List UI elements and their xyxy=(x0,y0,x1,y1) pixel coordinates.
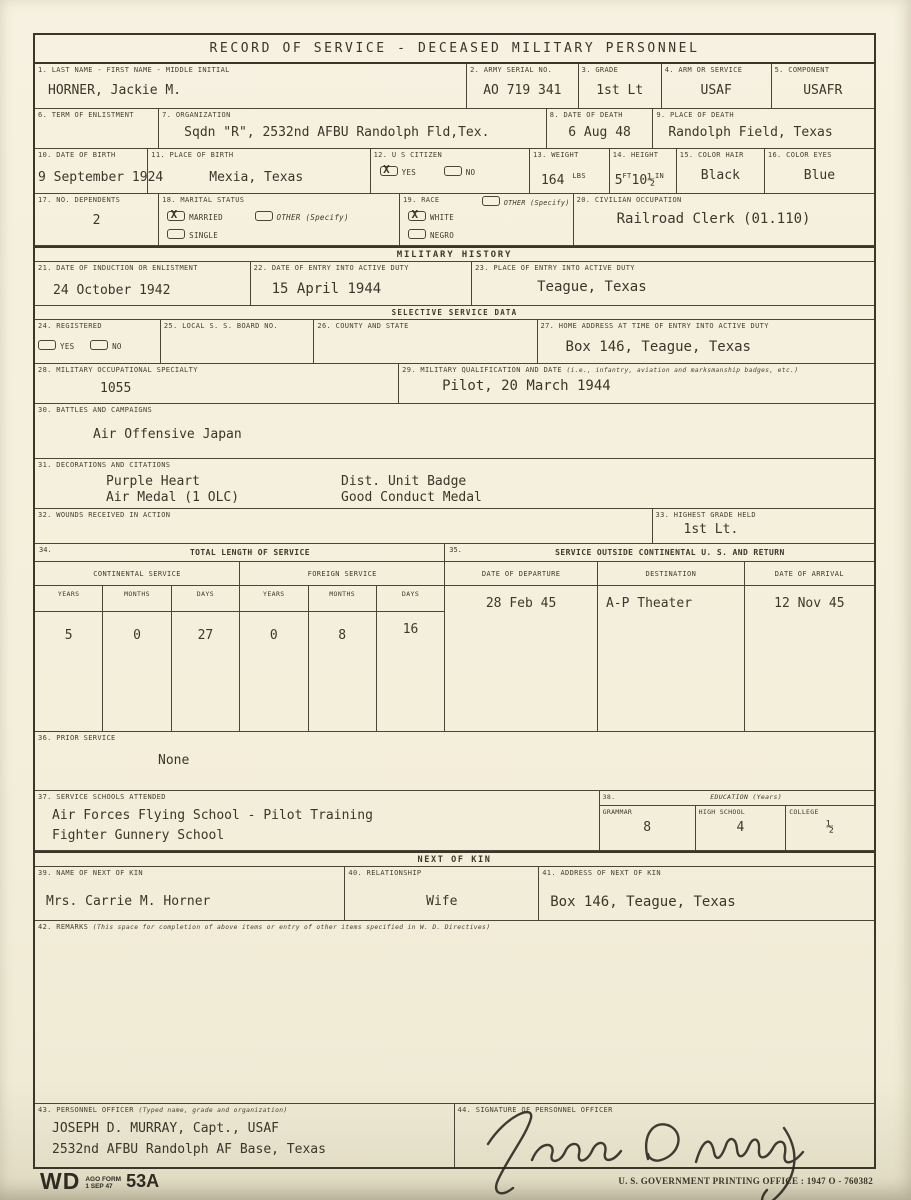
checkbox-label: YES xyxy=(402,168,416,177)
field-label: 12. U S CITIZEN xyxy=(374,151,526,160)
form-number: 53A xyxy=(126,1171,159,1192)
col-days: DAYS xyxy=(377,586,445,612)
field-label: 21. DATE OF INDUCTION OR ENLISTMENT xyxy=(38,264,247,273)
field-label: 1. LAST NAME - FIRST NAME - MIDDLE INITI… xyxy=(38,66,463,75)
arrival-header: DATE OF ARRIVAL xyxy=(745,562,874,586)
grammar-value: 8 xyxy=(600,818,696,850)
high-school-value: 4 xyxy=(696,818,787,850)
field-value: Railroad Clerk (01.110) xyxy=(577,205,871,227)
field-value: Teague, Texas xyxy=(475,273,871,295)
field-value: Air Offensive Japan xyxy=(38,415,871,443)
field-date-of-death: 8. DATE OF DEATH 6 Aug 48 xyxy=(547,109,654,148)
row-induction: 21. DATE OF INDUCTION OR ENLISTMENT 24 O… xyxy=(35,262,874,306)
destination-header: DESTINATION xyxy=(598,562,745,586)
foreign-years: 0 xyxy=(240,612,308,732)
checkbox-label: SINGLE xyxy=(189,231,218,240)
field-race: 19. RACE OTHER (Specify) WHITE NEGRO xyxy=(400,194,574,245)
checkbox-white-checked-icon xyxy=(408,211,426,221)
field-grade: 3. GRADE 1st Lt xyxy=(579,64,662,108)
departure-value: 28 Feb 45 xyxy=(445,586,598,732)
field-value: 9 September 1924 xyxy=(38,160,144,186)
checkbox-no-icon xyxy=(444,166,462,176)
field-label: 42. REMARKS xyxy=(38,923,88,931)
field-label: 7. ORGANIZATION xyxy=(162,111,543,120)
table-35-header: 35. SERVICE OUTSIDE CONTINENTAL U. S. AN… xyxy=(445,544,874,562)
checkbox-other-icon xyxy=(255,211,273,221)
field-decorations: 31. DECORATIONS AND CITATIONS Purple Hea… xyxy=(35,459,874,508)
field-color-hair: 15. COLOR HAIR Black xyxy=(677,149,765,193)
field-value: 2 xyxy=(38,205,155,229)
field-label: 26. COUNTY AND STATE xyxy=(317,322,533,331)
table-title: TOTAL LENGTH OF SERVICE xyxy=(56,548,445,557)
continental-years: 5 xyxy=(35,612,103,732)
table-title: SERVICE OUTSIDE CONTINENTAL U. S. AND RE… xyxy=(466,548,874,557)
row-personnel-officer: 43. PERSONNEL OFFICER (Typed name, grade… xyxy=(35,1104,874,1167)
field-marital-status: 18. MARITAL STATUS MARRIED OTHER (Specif… xyxy=(159,194,400,245)
row-wounds-grade: 32. WOUNDS RECEIVED IN ACTION 33. HIGHES… xyxy=(35,509,874,544)
field-label: 32. WOUNDS RECEIVED IN ACTION xyxy=(38,511,649,520)
field-value: HORNER, Jackie M. xyxy=(38,75,463,99)
field-value: Blue xyxy=(768,160,871,184)
field-remarks: 42. REMARKS (This space for completion o… xyxy=(35,921,874,1103)
field-value: 15 April 1944 xyxy=(254,273,468,297)
ago-form-label: AGO FORM xyxy=(85,1176,121,1183)
checkbox-race-other-icon xyxy=(482,196,500,206)
checkbox-label: NO xyxy=(112,342,122,351)
field-value: USAFR xyxy=(775,75,871,99)
field-label-note: (This space for completion of above item… xyxy=(93,924,491,931)
weight-value: 164 xyxy=(541,173,564,188)
height-inches: 10½ xyxy=(632,173,655,188)
field-label: 5. COMPONENT xyxy=(775,66,871,75)
field-label: 28. MILITARY OCCUPATIONAL SPECIALTY xyxy=(38,366,395,375)
field-label: 39. NAME OF NEXT OF KIN xyxy=(38,869,341,878)
field-color-eyes: 16. COLOR EYES Blue xyxy=(765,149,874,193)
section-selective-service: SELECTIVE SERVICE DATA xyxy=(35,306,874,320)
field-label: 2. ARMY SERIAL NO. xyxy=(470,66,575,75)
col-years: YEARS xyxy=(35,586,103,612)
education-title: EDUCATION (Years) xyxy=(618,791,874,805)
row-service-table: 34. TOTAL LENGTH OF SERVICE 35. SERVICE … xyxy=(35,544,874,732)
field-value: Mrs. Carrie M. Horner xyxy=(38,878,341,910)
continental-months: 0 xyxy=(103,612,171,732)
field-label: 4. ARM OR SERVICE xyxy=(665,66,768,75)
continental-service-header: CONTINENTAL SERVICE xyxy=(35,562,240,586)
field-battles: 30. BATTLES AND CAMPAIGNS Air Offensive … xyxy=(35,404,874,458)
field-label: 14. HEIGHT xyxy=(613,151,673,160)
field-label: 33. HIGHEST GRADE HELD xyxy=(656,511,871,520)
checkbox-label: OTHER (Specify) xyxy=(277,213,349,222)
field-label: 43. PERSONNEL OFFICER xyxy=(38,1106,134,1114)
college-value: ½ xyxy=(786,818,874,850)
field-kin-relationship: 40. RELATIONSHIP Wife xyxy=(345,867,539,920)
field-weight: 13. WEIGHT 164 LBS xyxy=(530,149,610,193)
checkbox-married-checked-icon xyxy=(167,211,185,221)
checkbox-negro-icon xyxy=(408,229,426,239)
field-mos: 28. MILITARY OCCUPATIONAL SPECIALTY 1055 xyxy=(35,364,399,403)
foreign-months: 8 xyxy=(309,612,377,732)
field-number: 38. xyxy=(600,791,619,805)
col-days: DAYS xyxy=(172,586,240,612)
decorations-column-2: Dist. Unit Badge Good Conduct Medal xyxy=(306,470,482,506)
field-qualification: 29. MILITARY QUALIFICATION AND DATE (i.e… xyxy=(399,364,874,403)
checkbox-label: YES xyxy=(60,342,74,351)
col-months: MONTHS xyxy=(309,586,377,612)
weight-unit: LBS xyxy=(572,172,586,180)
field-value: 1055 xyxy=(38,375,395,397)
field-label: 22. DATE OF ENTRY INTO ACTIVE DUTY xyxy=(254,264,468,273)
field-label: 3. GRADE xyxy=(582,66,658,75)
field-value: 6 Aug 48 xyxy=(550,120,650,141)
row-remarks: 42. REMARKS (This space for completion o… xyxy=(35,921,874,1104)
field-label: 31. DECORATIONS AND CITATIONS xyxy=(38,461,871,470)
field-label: 16. COLOR EYES xyxy=(768,151,871,160)
field-label: 40. RELATIONSHIP xyxy=(348,869,535,878)
departure-header: DATE OF DEPARTURE xyxy=(445,562,598,586)
field-component: 5. COMPONENT USAFR xyxy=(772,64,874,108)
service-table: 34. TOTAL LENGTH OF SERVICE 35. SERVICE … xyxy=(35,544,874,731)
decorations-column-1: Purple Heart Air Medal (1 OLC) xyxy=(38,470,306,506)
field-induction-date: 21. DATE OF INDUCTION OR ENLISTMENT 24 O… xyxy=(35,262,251,305)
field-highest-grade: 33. HIGHEST GRADE HELD 1st Lt. xyxy=(653,509,874,543)
field-education: 38.EDUCATION (Years) GRAMMAR HIGH SCHOOL… xyxy=(600,791,874,850)
height-feet: 5 xyxy=(615,173,623,188)
field-kin-address: 41. ADDRESS OF NEXT OF KIN Box 146, Teag… xyxy=(539,867,874,920)
college-label: COLLEGE xyxy=(786,805,874,818)
field-label: 17. NO. DEPENDENTS xyxy=(38,196,155,205)
high-school-label: HIGH SCHOOL xyxy=(696,805,787,818)
grammar-label: GRAMMAR xyxy=(600,805,696,818)
section-next-of-kin: NEXT OF KIN xyxy=(35,851,874,867)
field-county-state: 26. COUNTY AND STATE xyxy=(314,320,537,363)
field-label-note: (i.e., infantry, aviation and marksmansh… xyxy=(566,367,798,374)
field-label-note: (Typed name, grade and organization) xyxy=(138,1107,287,1114)
field-height: 14. HEIGHT 5FT10½IN xyxy=(610,149,677,193)
row-organization: 6. TERM OF ENLISTMENT 7. ORGANIZATION Sq… xyxy=(35,109,874,149)
ago-form-date: 1 SEP 47 xyxy=(85,1183,112,1190)
row-decorations: 31. DECORATIONS AND CITATIONS Purple Hea… xyxy=(35,459,874,509)
field-label: 19. RACE xyxy=(403,196,440,205)
field-arm-or-service: 4. ARM OR SERVICE USAF xyxy=(662,64,772,108)
checkbox-label: OTHER (Specify) xyxy=(504,199,570,207)
field-value: Black xyxy=(680,160,761,184)
checkbox-yes-checked-icon xyxy=(380,166,398,176)
field-registered: 24. REGISTERED YES NO xyxy=(35,320,161,363)
field-value: Box 146, Teague, Texas xyxy=(541,331,871,355)
field-value: USAF xyxy=(665,75,768,99)
col-years: YEARS xyxy=(240,586,308,612)
field-label: 44. SIGNATURE OF PERSONNEL OFFICER xyxy=(458,1106,872,1115)
field-number: 35. xyxy=(445,546,466,554)
foreign-days: 16 xyxy=(377,612,445,732)
section-military-history: MILITARY HISTORY xyxy=(35,246,874,262)
field-service-schools: 37. SERVICE SCHOOLS ATTENDED Air Forces … xyxy=(35,791,600,850)
field-label: 20. CIVILIAN OCCUPATION xyxy=(577,196,871,205)
field-label: 36. PRIOR SERVICE xyxy=(38,734,871,743)
field-place-of-birth: 11. PLACE OF BIRTH Mexia, Texas xyxy=(148,149,370,193)
field-term-of-enlistment: 6. TERM OF ENLISTMENT xyxy=(35,109,159,148)
field-value: Wife xyxy=(348,878,535,910)
field-wounds: 32. WOUNDS RECEIVED IN ACTION xyxy=(35,509,653,543)
row-prior-service: 36. PRIOR SERVICE None xyxy=(35,732,874,791)
checkbox-label: NEGRO xyxy=(430,231,454,240)
field-value: Box 146, Teague, Texas xyxy=(542,878,871,910)
row-selective-service: 24. REGISTERED YES NO 25. LOCAL S. S. BO… xyxy=(35,320,874,364)
form-title: RECORD OF SERVICE - DECEASED MILITARY PE… xyxy=(35,35,874,64)
field-last-name: 1. LAST NAME - FIRST NAME - MIDDLE INITI… xyxy=(35,64,467,108)
field-us-citizen: 12. U S CITIZEN YES NO xyxy=(371,149,530,193)
row-identity: 1. LAST NAME - FIRST NAME - MIDDLE INITI… xyxy=(35,64,874,109)
continental-days: 27 xyxy=(172,612,240,732)
field-value: AO 719 341 xyxy=(470,75,575,99)
field-label: 29. MILITARY QUALIFICATION AND DATE xyxy=(402,366,562,374)
checkbox-label: WHITE xyxy=(430,213,454,222)
field-serial-no: 2. ARMY SERIAL NO. AO 719 341 xyxy=(467,64,579,108)
field-active-duty-date: 22. DATE OF ENTRY INTO ACTIVE DUTY 15 Ap… xyxy=(251,262,472,305)
field-label: 23. PLACE OF ENTRY INTO ACTIVE DUTY xyxy=(475,264,871,273)
field-personnel-officer: 43. PERSONNEL OFFICER (Typed name, grade… xyxy=(35,1104,455,1167)
checkbox-label: NO xyxy=(466,168,476,177)
field-number: 34. xyxy=(35,546,56,554)
field-dependents: 17. NO. DEPENDENTS 2 xyxy=(35,194,159,245)
field-value: 1st Lt xyxy=(582,75,658,99)
field-organization: 7. ORGANIZATION Sqdn "R", 2532nd AFBU Ra… xyxy=(159,109,547,148)
field-label: 25. LOCAL S. S. BOARD NO. xyxy=(164,322,311,331)
field-label: 8. DATE OF DEATH xyxy=(550,111,650,120)
row-marital-race: 17. NO. DEPENDENTS 2 18. MARITAL STATUS … xyxy=(35,194,874,246)
row-next-of-kin: 39. NAME OF NEXT OF KIN Mrs. Carrie M. H… xyxy=(35,867,874,921)
field-label: 9. PLACE OF DEATH xyxy=(656,111,871,120)
field-date-of-birth: 10. DATE OF BIRTH 9 September 1924 xyxy=(35,149,148,193)
col-months: MONTHS xyxy=(103,586,171,612)
arrival-value: 12 Nov 45 xyxy=(745,586,874,732)
field-label: 37. SERVICE SCHOOLS ATTENDED xyxy=(38,793,596,802)
table-34-header: 34. TOTAL LENGTH OF SERVICE xyxy=(35,544,445,562)
field-home-address: 27. HOME ADDRESS AT TIME OF ENTRY INTO A… xyxy=(538,320,874,363)
field-label: 13. WEIGHT xyxy=(533,151,606,160)
checkbox-registered-yes-icon xyxy=(38,340,56,350)
field-label: 27. HOME ADDRESS AT TIME OF ENTRY INTO A… xyxy=(541,322,871,331)
field-value: Mexia, Texas xyxy=(151,160,366,186)
row-birth-physical: 10. DATE OF BIRTH 9 September 1924 11. P… xyxy=(35,149,874,194)
printing-office-note: U. S. GOVERNMENT PRINTING OFFICE : 1947 … xyxy=(618,1176,873,1186)
field-label: 41. ADDRESS OF NEXT OF KIN xyxy=(542,869,871,878)
field-kin-name: 39. NAME OF NEXT OF KIN Mrs. Carrie M. H… xyxy=(35,867,345,920)
field-place-of-death: 9. PLACE OF DEATH Randolph Field, Texas xyxy=(653,109,874,148)
field-value: None xyxy=(38,743,871,769)
destination-value: A-P Theater xyxy=(598,586,745,732)
field-label: 18. MARITAL STATUS xyxy=(162,196,396,205)
field-label: 24. REGISTERED xyxy=(38,322,157,331)
height-in-unit: IN xyxy=(655,172,664,180)
row-battles: 30. BATTLES AND CAMPAIGNS Air Offensive … xyxy=(35,404,874,459)
field-value: Randolph Field, Texas xyxy=(656,120,871,141)
field-signature: 44. SIGNATURE OF PERSONNEL OFFICER xyxy=(455,1104,875,1167)
row-schools-education: 37. SERVICE SCHOOLS ATTENDED Air Forces … xyxy=(35,791,874,851)
field-value: Sqdn "R", 2532nd AFBU Randolph Fld,Tex. xyxy=(162,120,543,141)
checkbox-label: MARRIED xyxy=(189,213,223,222)
row-mos: 28. MILITARY OCCUPATIONAL SPECIALTY 1055… xyxy=(35,364,874,404)
checkbox-single-icon xyxy=(167,229,185,239)
foreign-service-header: FOREIGN SERVICE xyxy=(240,562,445,586)
field-civilian-occupation: 20. CIVILIAN OCCUPATION Railroad Clerk (… xyxy=(574,194,874,245)
height-ft-unit: FT xyxy=(623,172,632,180)
field-label: 6. TERM OF ENLISTMENT xyxy=(38,111,155,120)
record-of-service-form: RECORD OF SERVICE - DECEASED MILITARY PE… xyxy=(33,33,876,1169)
field-value: Pilot, 20 March 1944 xyxy=(402,375,871,394)
field-value: 24 October 1942 xyxy=(38,273,247,299)
field-active-duty-place: 23. PLACE OF ENTRY INTO ACTIVE DUTY Teag… xyxy=(472,262,874,305)
field-local-board: 25. LOCAL S. S. BOARD NO. xyxy=(161,320,315,363)
field-label: 30. BATTLES AND CAMPAIGNS xyxy=(38,406,871,415)
form-number-mark: WD AGO FORM1 SEP 47 53A xyxy=(40,1168,159,1195)
field-label: 10. DATE OF BIRTH xyxy=(38,151,144,160)
field-label: 11. PLACE OF BIRTH xyxy=(151,151,366,160)
field-prior-service: 36. PRIOR SERVICE None xyxy=(35,732,874,790)
field-value: JOSEPH D. MURRAY, Capt., USAF 2532nd AFB… xyxy=(38,1115,451,1160)
wd-mark: WD xyxy=(40,1168,80,1195)
field-value: 1st Lt. xyxy=(656,520,871,538)
field-value: Air Forces Flying School - Pilot Trainin… xyxy=(38,802,596,846)
checkbox-registered-no-icon xyxy=(90,340,108,350)
field-label: 15. COLOR HAIR xyxy=(680,151,761,160)
